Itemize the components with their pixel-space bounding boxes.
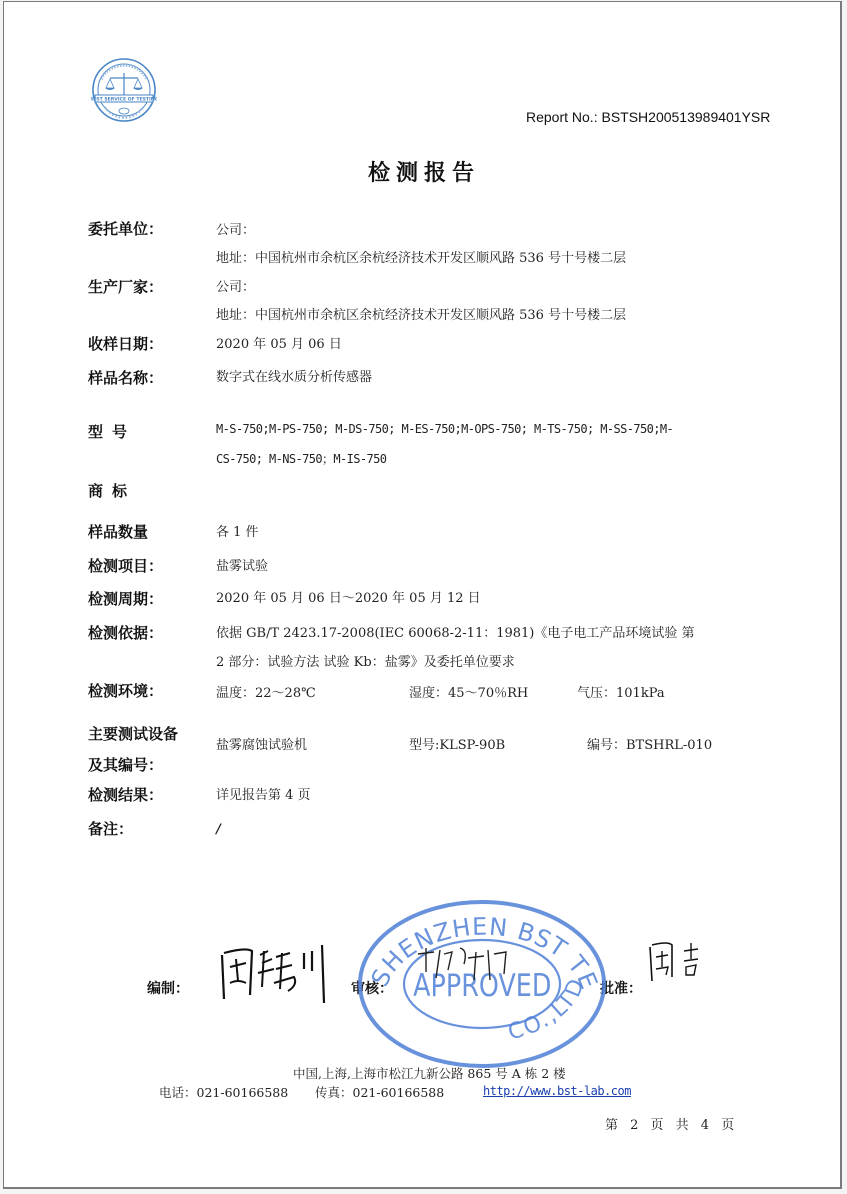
receipt-date-label: 收样日期：: [88, 333, 163, 354]
test-period-label: 检测周期：: [88, 588, 163, 609]
page-title: 检测报告: [368, 156, 480, 187]
manufacturer-label: 生产厂家：: [88, 276, 163, 297]
test-basis-line-2: 2 部分：试验方法 试验 Kb：盐雾》及委托单位要求: [216, 651, 515, 670]
bst-logo-seal-icon: BEST SERVICE OF TESTING: [91, 57, 157, 123]
equipment-name: 盐雾腐蚀试验机: [216, 734, 307, 753]
svg-text:APPROVED: APPROVED: [413, 968, 551, 1004]
footer-phone: 电话：021-60166588: [159, 1083, 288, 1101]
test-period-value: 2020 年 05 月 06 日～2020 年 05 月 12 日: [216, 587, 481, 606]
compiled-signature-icon: [216, 937, 336, 1011]
report-number: Report No.: BSTSH200513989401YSR: [526, 109, 770, 125]
manufacturer-company: 公司：: [216, 276, 255, 295]
approved-stamp-icon: SHENZHEN BST TECHNOLOGY CO.,LTD APPROVED: [356, 898, 608, 1074]
client-label: 委托单位：: [88, 218, 163, 239]
remarks-label: 备注：: [88, 818, 133, 839]
model-line-1: M-S-750;M-PS-750; M-DS-750; M-ES-750;M-O…: [216, 422, 673, 436]
equipment-label-line-1: 主要测试设备: [88, 723, 178, 744]
test-env-label: 检测环境：: [88, 680, 163, 701]
approved-signature-icon: [644, 937, 708, 991]
equipment-number: 编号：BTSHRL-010: [587, 734, 712, 753]
client-address: 地址：中国杭州市余杭区余杭经济技术开发区顺风路 536 号十号楼二层: [216, 247, 626, 266]
page-number: 第 2 页 共 4 页: [605, 1114, 738, 1133]
sample-name-label: 样品名称：: [88, 367, 163, 388]
footer-website-link[interactable]: http://www.bst-lab.com: [483, 1084, 631, 1098]
remarks-value: /: [216, 822, 221, 837]
svg-text:BEST SERVICE OF TESTING: BEST SERVICE OF TESTING: [91, 97, 157, 103]
test-item-label: 检测项目：: [88, 555, 163, 576]
sample-qty-value: 各 1 件: [216, 521, 259, 540]
trademark-label: 商标: [88, 480, 136, 501]
footer-fax: 传真：021-60166588: [315, 1083, 444, 1101]
result-value: 详见报告第 4 页: [216, 784, 311, 803]
test-basis-line-1: 依据 GB/T 2423.17-2008(IEC 60068-2-11：1981…: [216, 622, 695, 641]
manufacturer-address: 地址：中国杭州市余杭区余杭经济技术开发区顺风路 536 号十号楼二层: [216, 304, 626, 323]
sample-qty-label: 样品数量: [88, 521, 148, 542]
equipment-model: 型号:KLSP-90B: [409, 734, 505, 753]
client-company: 公司：: [216, 219, 255, 238]
test-env-humidity: 湿度：45～70％RH: [409, 682, 528, 701]
compiled-by-label: 编制：: [147, 978, 189, 998]
test-item-value: 盐雾试验: [216, 555, 268, 574]
receipt-date-value: 2020 年 05 月 06 日: [216, 333, 342, 352]
footer-address: 中国,上海,上海市松江九新公路 865 号 A 栋 2 楼: [293, 1064, 566, 1082]
test-env-temperature: 温度：22～28℃: [216, 682, 316, 701]
test-env-pressure: 气压：101kPa: [577, 682, 665, 701]
model-line-2: CS-750; M-NS-750；M-IS-750: [216, 450, 386, 467]
result-label: 检测结果：: [88, 784, 163, 805]
report-page: BEST SERVICE OF TESTING Report No.: BSTS…: [3, 1, 842, 1189]
sample-name-value: 数字式在线水质分析传感器: [216, 366, 372, 385]
equipment-label-line-2: 及其编号：: [88, 754, 163, 775]
test-basis-label: 检测依据：: [88, 622, 163, 643]
model-label: 型号: [88, 421, 136, 442]
